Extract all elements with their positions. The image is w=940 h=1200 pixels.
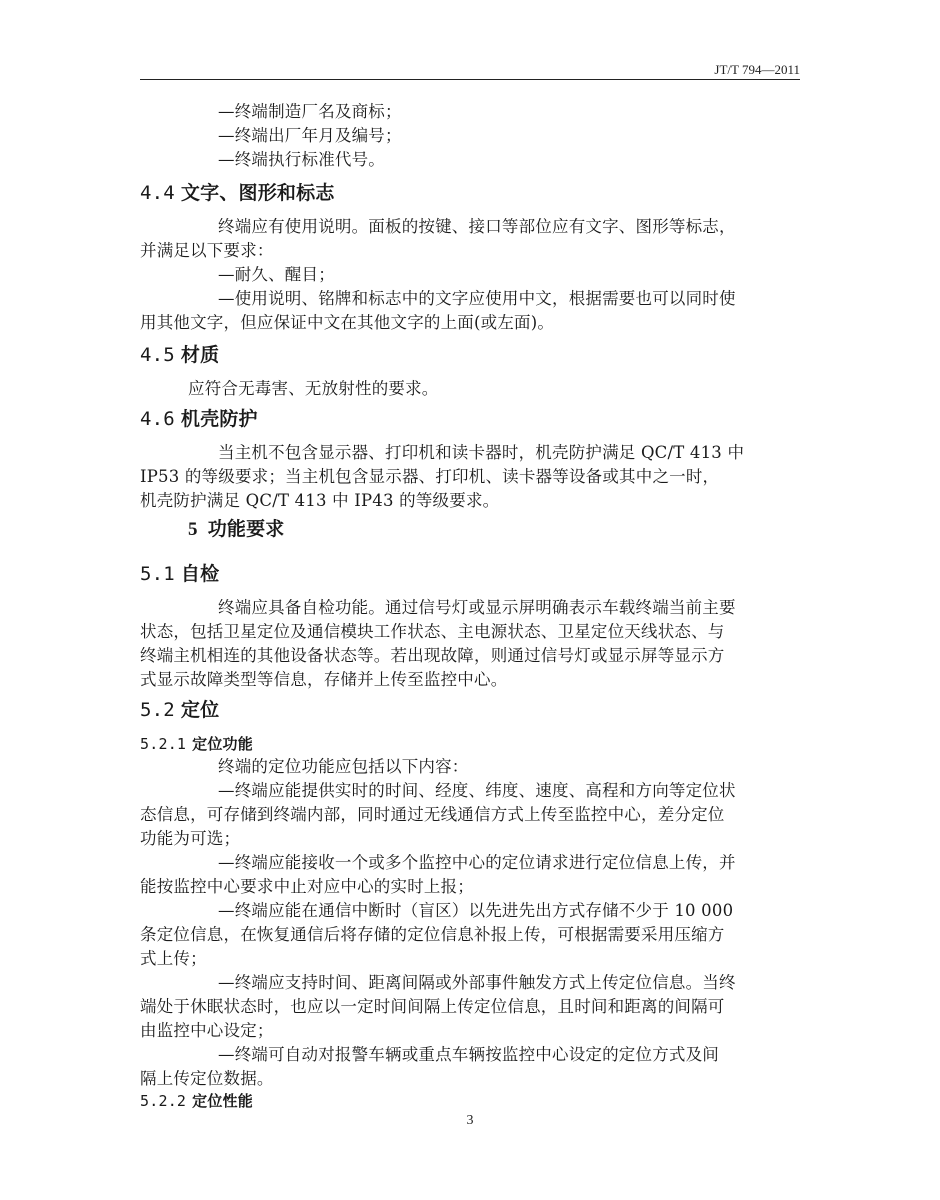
list-item: —终端应能在通信中断时（盲区）以先进先出方式存储不少于 10 000 — [218, 900, 800, 922]
paragraph-line: IP53 的等级要求；当主机包含显示器、打印机、读卡器等设备或其中之一时， — [140, 466, 800, 488]
paragraph-line: 终端应具备自检功能。通过信号灯或显示屏明确表示车载终端当前主要 — [218, 597, 800, 619]
list-item: —耐久、醒目； — [218, 264, 800, 286]
subsection-number: 5.2.1 — [140, 735, 186, 753]
list-item: —终端出厂年月及编号； — [218, 125, 800, 147]
paragraph-line: 终端应有使用说明。面板的按键、接口等部位应有文字、图形等标志， — [218, 216, 800, 238]
subsection-heading-5-2-1: 5.2.1定位功能 — [140, 733, 800, 755]
paragraph-line: 功能为可选； — [140, 828, 800, 850]
section-heading-4-6: 4.6机壳防护 — [140, 406, 800, 432]
paragraph-line: 终端的定位功能应包括以下内容： — [218, 756, 800, 778]
subsection-title: 定位功能 — [192, 735, 253, 753]
chapter-title: 功能要求 — [208, 518, 285, 540]
header-rule — [140, 79, 800, 80]
paragraph-line: 机壳防护满足 QC/T 413 中 IP43 的等级要求。 — [140, 490, 800, 512]
section-title: 定位 — [181, 699, 219, 721]
section-heading-5-2: 5.2定位 — [140, 697, 800, 723]
section-number: 5.1 — [140, 563, 175, 585]
section-number: 4.4 — [140, 182, 175, 204]
paragraph-line: 状态，包括卫星定位及通信模块工作状态、主电源状态、卫星定位天线状态、与 — [140, 621, 800, 643]
paragraph-line: 能按监控中心要求中止对应中心的实时上报； — [140, 876, 800, 898]
list-item: —终端可自动对报警车辆或重点车辆按监控中心设定的定位方式及间 — [218, 1044, 800, 1066]
paragraph-line: 态信息，可存储到终端内部，同时通过无线通信方式上传至监控中心，差分定位 — [140, 804, 800, 826]
section-title: 机壳防护 — [181, 408, 258, 430]
section-heading-5-1: 5.1自检 — [140, 561, 800, 587]
paragraph-line: 并满足以下要求： — [140, 240, 800, 262]
subsection-number: 5.2.2 — [140, 1092, 186, 1110]
section-number: 4.5 — [140, 344, 175, 366]
chapter-number: 5 — [188, 519, 198, 540]
paragraph-line: 条定位信息，在恢复通信后将存储的定位信息补报上传，可根据需要采用压缩方 — [140, 924, 800, 946]
paragraph-line: 用其他文字，但应保证中文在其他文字的上面(或左面)。 — [140, 312, 800, 334]
section-number: 4.6 — [140, 408, 175, 430]
section-heading-4-5: 4.5材质 — [140, 342, 800, 368]
list-item: —终端应能接收一个或多个监控中心的定位请求进行定位信息上传，并 — [218, 852, 800, 874]
list-item: —使用说明、铭牌和标志中的文字应使用中文，根据需要也可以同时使 — [218, 288, 800, 310]
chapter-heading-5: 5功能要求 — [188, 516, 848, 543]
section-number: 5.2 — [140, 699, 175, 721]
section-title: 自检 — [181, 563, 219, 585]
standard-code-header: JT/T 794—2011 — [714, 62, 800, 78]
section-heading-4-4: 4.4文字、图形和标志 — [140, 180, 800, 206]
paragraph-line: 式上传； — [140, 948, 800, 970]
paragraph-line: 由监控中心设定； — [140, 1020, 800, 1042]
paragraph-line: 终端主机相连的其他设备状态等。若出现故障，则通过信号灯或显示屏等显示方 — [140, 645, 800, 667]
paragraph-line: 应符合无毒害、无放射性的要求。 — [188, 378, 800, 400]
subsection-title: 定位性能 — [192, 1092, 253, 1110]
list-item: —终端应能提供实时的时间、经度、纬度、速度、高程和方向等定位状 — [218, 780, 800, 802]
list-item: —终端执行标准代号。 — [218, 149, 800, 171]
subsection-heading-5-2-2: 5.2.2定位性能 — [140, 1090, 800, 1112]
section-title: 文字、图形和标志 — [181, 182, 335, 204]
section-title: 材质 — [181, 344, 219, 366]
paragraph-line: 当主机不包含显示器、打印机和读卡器时，机壳防护满足 QC/T 413 中 — [218, 442, 800, 464]
paragraph-line: 端处于休眠状态时，也应以一定时间间隔上传定位信息，且时间和距离的间隔可 — [140, 996, 800, 1018]
paragraph-line: 隔上传定位数据。 — [140, 1068, 800, 1090]
paragraph-line: 式显示故障类型等信息，存储并上传至监控中心。 — [140, 669, 800, 691]
page-number: 3 — [0, 1113, 940, 1129]
list-item: —终端制造厂名及商标； — [218, 101, 800, 123]
document-page: JT/T 794—2011 —终端制造厂名及商标； —终端出厂年月及编号； —终… — [0, 0, 940, 1200]
list-item: —终端应支持时间、距离间隔或外部事件触发方式上传定位信息。当终 — [218, 972, 800, 994]
